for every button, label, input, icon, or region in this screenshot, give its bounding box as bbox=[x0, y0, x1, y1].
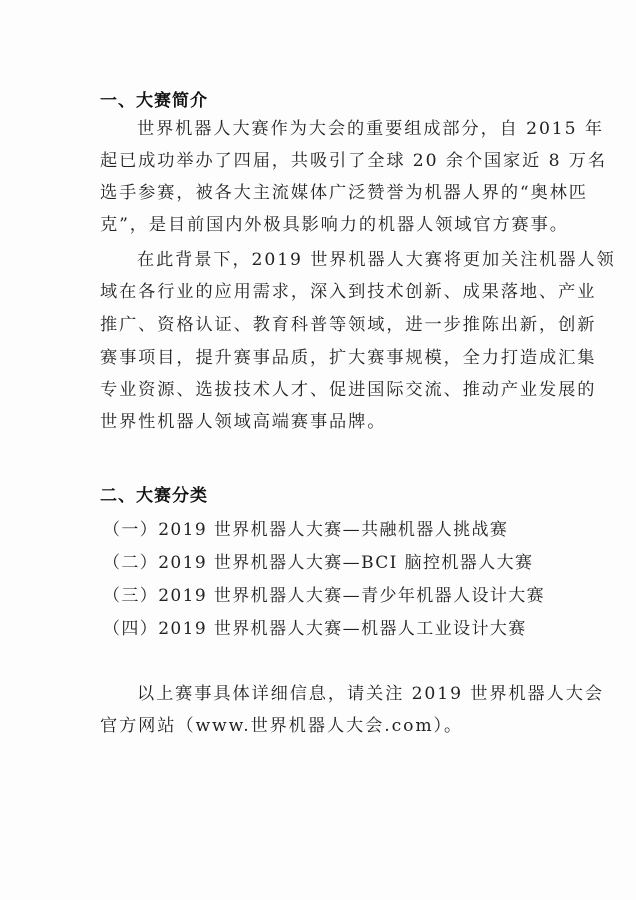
paragraph-line: 世界机器人大赛作为大会的重要组成部分，自 2015 年 bbox=[137, 114, 546, 139]
category-item: （一）2019 世界机器人大赛—共融机器人挑战赛 bbox=[103, 515, 508, 540]
paragraph-line: 选手参赛，被各大主流媒体广泛赞誉为机器人界的“奥林匹 bbox=[100, 178, 546, 203]
paragraph-line: 在此背景下，2019 世界机器人大赛将更加关注机器人领 bbox=[137, 245, 546, 270]
category-item: （二）2019 世界机器人大赛—BCI 脑控机器人大赛 bbox=[103, 548, 533, 573]
closing-line: 官方网站（www.世界机器人大会.com）。 bbox=[100, 711, 546, 736]
paragraph-line: 世界性机器人领域高端赛事品牌。 bbox=[100, 407, 546, 432]
category-item: （三）2019 世界机器人大赛—青少年机器人设计大赛 bbox=[103, 581, 545, 606]
paragraph-line: 克”，是目前国内外极具影响力的机器人领域官方赛事。 bbox=[100, 210, 546, 235]
paragraph-line: 域在各行业的应用需求，深入到技术创新、成果落地、产业 bbox=[100, 277, 546, 302]
document-page: 一、大赛简介 世界机器人大赛作为大会的重要组成部分，自 2015 年 起已成功举… bbox=[0, 0, 636, 900]
section-heading-intro: 一、大赛简介 bbox=[100, 86, 208, 111]
category-item: （四）2019 世界机器人大赛—机器人工业设计大赛 bbox=[103, 614, 527, 639]
paragraph-line: 赛事项目，提升赛事品质，扩大赛事规模，全力打造成汇集 bbox=[100, 343, 546, 368]
paragraph-line: 专业资源、选拔技术人才、促进国际交流、推动产业发展的 bbox=[100, 375, 546, 400]
closing-line: 以上赛事具体详细信息，请关注 2019 世界机器人大会 bbox=[137, 679, 546, 704]
section-heading-categories: 二、大赛分类 bbox=[100, 481, 208, 506]
paragraph-line: 起已成功举办了四届，共吸引了全球 20 余个国家近 8 万名 bbox=[100, 146, 546, 171]
paragraph-line: 推广、资格认证、教育科普等领域，进一步推陈出新，创新 bbox=[100, 310, 546, 335]
